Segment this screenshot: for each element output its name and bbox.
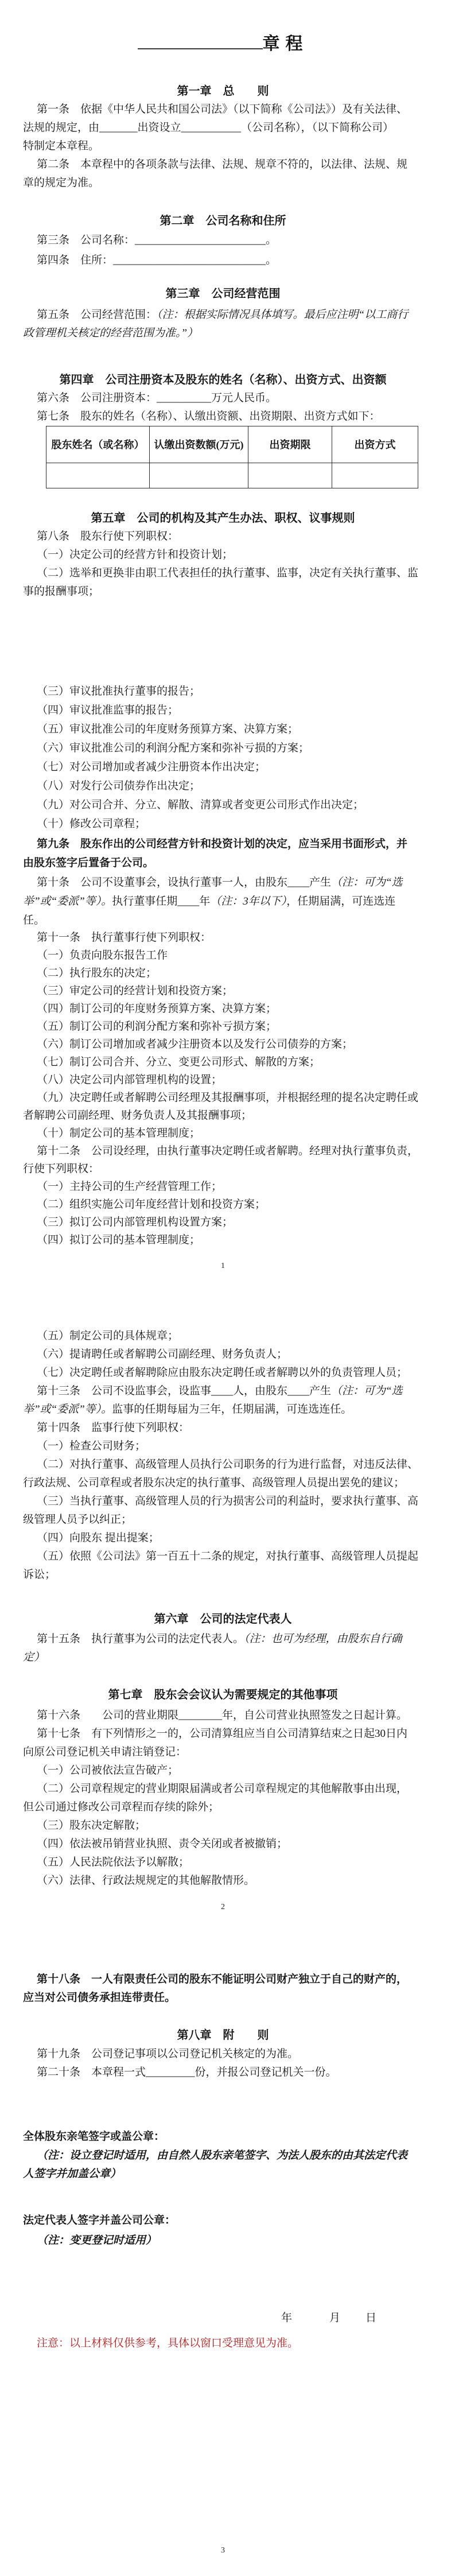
text-line: （三）股东决定解散； bbox=[23, 1817, 423, 1835]
chapter-2-heading: 第二章 公司名称和住所 bbox=[23, 212, 423, 230]
text-line: 第二十条 本章程一式_________份，并报公司登记机关一份。 bbox=[23, 2063, 423, 2082]
article-7: 第七条 股东的姓名（名称）、认缴出资额、出资期限、出资方式如下： bbox=[23, 408, 423, 426]
text-line: （一）决定公司的经营方针和投资计划； bbox=[23, 546, 423, 564]
text-line: （二）对执行董事、高级管理人员执行公司职务的行为进行监督，对违反法律、 bbox=[23, 1456, 423, 1474]
text-line: （二）执行股东的决定； bbox=[23, 964, 423, 982]
text-line: 第七条 股东的姓名（名称）、认缴出资额、出资期限、出资方式如下： bbox=[23, 408, 423, 426]
shareholder-table: 股东姓名（或名称）认缴出资数额(万元)出资期限出资方式 bbox=[46, 426, 418, 488]
text-line: 章的规定为准。 bbox=[23, 174, 423, 192]
text-line: （九）决定聘任或者解聘公司经理及其报酬事项，并根据经理的提名决定聘任或 bbox=[23, 1089, 423, 1107]
page-number-2: 2 bbox=[23, 1898, 423, 1917]
table-cell bbox=[46, 463, 150, 488]
table-header-cell: 股东姓名（或名称） bbox=[46, 426, 150, 463]
note-text: （注：也可为经理，由股东自行确 bbox=[244, 1633, 402, 1645]
page-number-1: 1 bbox=[23, 1257, 423, 1275]
text-line: （五）制订公司的利润分配方案和弥补亏损方案； bbox=[23, 1018, 423, 1035]
body-text: 执行董事任期____年 bbox=[112, 895, 210, 907]
table-row bbox=[46, 463, 418, 488]
body-text: 监事的任期每届为三年，任期届满，可连选连任。 bbox=[112, 1403, 352, 1415]
article-18: 第十八条 一人有限责任公司的股东不能证明公司财产独立于自己的财产的，应当对公司债… bbox=[23, 1970, 423, 2007]
text-line: （三）拟订公司内部管理机构设置方案； bbox=[23, 1213, 423, 1231]
text-line: 者解聘公司副经理、财务负责人及其报酬事项； bbox=[23, 1107, 423, 1124]
article-16-17: 第十六条 公司的营业期限________年，自公司营业执照签发之日起计算。第十七… bbox=[23, 1706, 423, 1890]
note-text: 举”或“委派”等）。 bbox=[23, 895, 112, 907]
text-line: 定） bbox=[23, 1648, 423, 1667]
article-8-part1: 第八条 股东行使下列职权：（一）决定公司的经营方针和投资计划；（二）选举和更换非… bbox=[23, 527, 423, 601]
text-line: （注：变更登记时适用） bbox=[23, 2232, 423, 2250]
text-line: 第二条 本章程中的各项条款与法律、法规、规章不符的，以法律、法规、规 bbox=[23, 156, 423, 174]
table-header-row: 股东姓名（或名称）认缴出资数额(万元)出资期限出资方式 bbox=[46, 426, 418, 463]
text-line: （四）制订公司的年度财务预算方案、决算方案； bbox=[23, 1000, 423, 1018]
text-line: （七）制订公司合并、分立、变更公司形式、解散的方案； bbox=[23, 1053, 423, 1071]
title-text: 章程 bbox=[263, 34, 309, 53]
table-cell bbox=[332, 463, 418, 488]
chapter-4-heading: 第四章 公司注册资本及股东的姓名（名称）、出资方式、出资额 bbox=[23, 371, 423, 389]
article-6: 第六条 公司注册资本：__________万元人民币。 bbox=[23, 389, 423, 408]
text-line: （四）拟订公司的基本管理制度； bbox=[23, 1231, 423, 1249]
chapter-3-heading: 第三章 公司经营范围 bbox=[23, 285, 423, 303]
table-cell bbox=[248, 463, 332, 488]
text-line: 第十八条 一人有限责任公司的股东不能证明公司财产独立于自己的财产的， bbox=[23, 1970, 423, 1989]
text-line: 人签字并加盖公章） bbox=[23, 2165, 423, 2183]
text-line: 第十二条 公司设经理，由执行董事决定聘任或者解聘。经理对执行董事负责， bbox=[23, 1142, 423, 1160]
body-text: 第十五条 执行董事为公司的法定代表人。 bbox=[37, 1633, 244, 1645]
article-9: 第九条 股东作出的公司经营方针和投资计划的决定，应当采用书面形式，并由股东签字后… bbox=[23, 835, 423, 872]
note-text: （注：根据实际情况具体填写。最后应注明“以工商行 bbox=[157, 309, 408, 321]
note-text: 定） bbox=[23, 1651, 45, 1663]
text-line: 第十三条 公司不设监事会，设监事____人，由股东____产生（注：可为“选 bbox=[23, 1382, 423, 1400]
page-number-3: 3 bbox=[23, 2542, 423, 2560]
article-19-20: 第十九条 公司登记事项以公司登记机关核定的为准。第二十条 本章程一式______… bbox=[23, 2045, 423, 2082]
text-line: 第十条 公司不设董事会，设执行董事一人，由股东____产生（注：可为“选 bbox=[23, 873, 423, 892]
text-line: 诉讼； bbox=[23, 1566, 423, 1584]
note-text: 举”或“委派”等）。 bbox=[23, 1403, 112, 1415]
text-line: 注意：以上材料仅供参考，具体以窗口受理意见为准。 bbox=[23, 2334, 423, 2353]
chapter-1-heading: 第一章 总 则 bbox=[23, 82, 423, 100]
article-3: 第三条 公司名称：________________________。 bbox=[23, 230, 423, 250]
text-line: 第十六条 公司的营业期限________年，自公司营业执照签发之日起计算。 bbox=[23, 1706, 423, 1725]
text-line: （七）对公司增加或者减少注册资本作出决定； bbox=[23, 758, 423, 777]
charter-document-page: 章程第一章 总 则第一条 依据《中华人民共和国公司法》（以下简称《公司法》）及有… bbox=[0, 0, 455, 2576]
text-line: （六）法律、行政法规规定的其他解散情形。 bbox=[23, 1872, 423, 1890]
text-line: （二）组织实施公司年度经营计划和投资方案； bbox=[23, 1196, 423, 1213]
title-blank-line bbox=[138, 30, 263, 49]
text-line: （二）公司章程规定的营业期限届满或者公司章程规定的其他解散事由出现， bbox=[23, 1780, 423, 1798]
signature-shareholders-label: 全体股东亲笔签字或盖公章： bbox=[23, 2128, 423, 2146]
article-8-part2: （三）审议批准执行董事的报告；（四）审议批准监事的报告；（五）审议批准公司的年度… bbox=[23, 682, 423, 833]
chapter-7-heading: 第七章 股东会会议认为需要规定的其他事项 bbox=[23, 1686, 423, 1704]
text-line: （四）审议批准监事的报告； bbox=[23, 701, 423, 720]
article-15: 第十五条 执行董事为公司的法定代表人。（注：也可为经理，由股东自行确定） bbox=[23, 1630, 423, 1667]
text-line: （五）人民法院依法予以解散； bbox=[23, 1853, 423, 1872]
chapter-5-heading: 第五章 公司的机构及其产生办法、职权、议事规则 bbox=[23, 509, 423, 527]
text-line: （六）提请聘任或者解聘公司副经理、财务负责人； bbox=[23, 1345, 423, 1364]
text-line: 事的报酬事项； bbox=[23, 583, 423, 601]
text-line: 政管理机关核定的经营范围为准。”） bbox=[23, 324, 423, 343]
article-10: 第十条 公司不设董事会，设执行董事一人，由股东____产生（注：可为“选举”或“… bbox=[23, 873, 423, 930]
text-line: 举”或“委派”等）。执行董事任期____年（注：3年以下），任期届满，可连选连 bbox=[23, 892, 423, 911]
text-line: （一）主持公司的生产经营管理工作； bbox=[23, 1178, 423, 1196]
notice-text: 注意：以上材料仅供参考，具体以窗口受理意见为准。 bbox=[23, 2334, 423, 2353]
article-1: 第一条 依据《中华人民共和国公司法》（以下简称《公司法》）及有关法律、法规的规定… bbox=[23, 100, 423, 156]
text-line: （四）依法被吊销营业执照、责令关闭或者被撤销； bbox=[23, 1835, 423, 1853]
text-line: 法定代表人签字并盖公司公章： bbox=[23, 2212, 423, 2230]
text-line: 第一条 依据《中华人民共和国公司法》（以下简称《公司法》）及有关法律、 bbox=[23, 100, 423, 119]
text-line: （五）审议批准公司的年度财务预算方案、决算方案； bbox=[23, 720, 423, 739]
table-cell bbox=[150, 463, 248, 488]
text-line: 举”或“委派”等）。监事的任期每届为三年，任期届满，可连选连任。 bbox=[23, 1400, 423, 1419]
body-text: 第五条 公司经营范围： bbox=[37, 309, 157, 321]
text-line: 第八条 股东行使下列职权： bbox=[23, 527, 423, 546]
text-line: 第五条 公司经营范围：（注：根据实际情况具体填写。最后应注明“以工商行 bbox=[23, 306, 423, 324]
text-line: 第九条 股东作出的公司经营方针和投资计划的决定，应当采用书面形式，并 bbox=[23, 835, 423, 854]
text-line: 应当对公司债务承担连带责任。 bbox=[23, 1989, 423, 2007]
text-line: （六）审议批准公司的利润分配方案和弥补亏损的方案； bbox=[23, 739, 423, 758]
text-line: （五）制定公司的具体规章； bbox=[23, 1327, 423, 1345]
note-text: （注：3年以下） bbox=[210, 895, 286, 907]
note-text: 政管理机关核定的经营范围为准。”） bbox=[23, 327, 198, 339]
note-text: （注：可为“选 bbox=[331, 1385, 403, 1397]
text-line: 任。 bbox=[23, 911, 423, 930]
table-header-cell: 出资方式 bbox=[332, 426, 418, 463]
text-line: （三）审议批准执行董事的报告； bbox=[23, 682, 423, 701]
note-text: （注：可为“选 bbox=[331, 876, 403, 889]
table-header-cell: 出资期限 bbox=[248, 426, 332, 463]
chapter-6-heading: 第六章 公司的法定代表人 bbox=[23, 1610, 423, 1628]
article-4: 第四条 住所：____________________________。 bbox=[23, 250, 423, 270]
text-line: （一）负责向股东报告工作 bbox=[23, 946, 423, 964]
text-line: 行政法规、公司章程或者股东决定的执行董事、高级管理人员提出罢免的建议； bbox=[23, 1474, 423, 1492]
text-line: 由股东签字后置备于公司。 bbox=[23, 854, 423, 872]
text-line: （三）审定公司的经营计划和投资方案； bbox=[23, 982, 423, 1000]
article-11-12: 第十一条 执行董事行使下列职权：（一）负责向股东报告工作（二）执行股东的决定；（… bbox=[23, 929, 423, 1249]
text-line: （一）检查公司财务； bbox=[23, 1437, 423, 1456]
text-line: （八）决定公司内部管理机构的设置； bbox=[23, 1071, 423, 1089]
text-line: （三）当执行董事、高级管理人员的行为损害公司的利益时，要求执行董事、高 bbox=[23, 1492, 423, 1511]
text-line: 全体股东亲笔签字或盖公章： bbox=[23, 2128, 423, 2146]
text-line: 但公司通过修改公司章程而存续的除外； bbox=[23, 1798, 423, 1817]
text-line: （四）向股东 提出提案； bbox=[23, 1529, 423, 1547]
text-line: （七）决定聘任或者解聘除应由股东决定聘任或者解聘以外的负责管理人员； bbox=[23, 1364, 423, 1382]
chapter-8-heading: 第八章 附 则 bbox=[23, 2026, 423, 2044]
article-2: 第二条 本章程中的各项条款与法律、法规、规章不符的，以法律、法规、规章的规定为准… bbox=[23, 156, 423, 192]
text-line: 法规的规定，由_______出资设立___________（公司名称），（以下简… bbox=[23, 119, 423, 137]
signature-note-change: （注：变更登记时适用） bbox=[23, 2232, 423, 2250]
text-line: （十）修改公司章程； bbox=[23, 814, 423, 833]
article-5: 第五条 公司经营范围：（注：根据实际情况具体填写。最后应注明“以工商行政管理机关… bbox=[23, 306, 423, 343]
text-line: 第十五条 执行董事为公司的法定代表人。（注：也可为经理，由股东自行确 bbox=[23, 1630, 423, 1648]
text-line: 第十四条 监事行使下列职权： bbox=[23, 1419, 423, 1437]
body-text: ，任期届满，可连选连 bbox=[286, 895, 395, 907]
text-line: （注：设立登记时适用，由自然人股东亲笔签字、为法人股东的由其法定代表 bbox=[23, 2147, 423, 2165]
document-title: 章程 bbox=[23, 30, 423, 59]
date-line: 年 月 日 bbox=[281, 2309, 423, 2327]
text-line: 第十一条 执行董事行使下列职权： bbox=[23, 929, 423, 946]
text-line: 向原公司登记机关申请注销登记： bbox=[23, 1743, 423, 1762]
text-line: （二）选举和更换非由职工代表担任的执行董事、监事，决定有关执行董事、监 bbox=[23, 564, 423, 583]
text-line: 行使下列职权： bbox=[23, 1160, 423, 1178]
text-line: （一）公司被依法宣告破产； bbox=[23, 1762, 423, 1780]
text-line: （五）依照《公司法》第一百五十二条的规定，对执行董事、高级管理人员提起 bbox=[23, 1547, 423, 1566]
text-line: （十）制定公司的基本管理制度； bbox=[23, 1124, 423, 1142]
table-header-cell: 认缴出资数额(万元) bbox=[150, 426, 248, 463]
text-line: 第六条 公司注册资本：__________万元人民币。 bbox=[23, 389, 423, 408]
body-text: 第十三条 公司不设监事会，设监事____人，由股东____产生 bbox=[37, 1385, 331, 1397]
text-line: （六）制订公司增加或者减少注册资本以及发行公司债券的方案； bbox=[23, 1035, 423, 1053]
text-line: （八）对发行公司债券作出决定； bbox=[23, 777, 423, 796]
text-line: 级管理人员予以纠正； bbox=[23, 1511, 423, 1529]
article-12-13-14: （五）制定公司的具体规章；（六）提请聘任或者解聘公司副经理、财务负责人；（七）决… bbox=[23, 1327, 423, 1584]
text-line: （九）对公司合并、分立、解散、清算或者变更公司形式作出决定； bbox=[23, 796, 423, 814]
text-line: 第四条 住所：____________________________。 bbox=[23, 250, 423, 270]
text-line: 第十七条 有下列情形之一的，公司清算组应当自公司清算结束之日起30日内 bbox=[23, 1725, 423, 1743]
text-line: 第三条 公司名称：________________________。 bbox=[23, 230, 423, 250]
signature-legal-rep-label: 法定代表人签字并盖公司公章： bbox=[23, 2212, 423, 2230]
body-text: 第十条 公司不设董事会，设执行董事一人，由股东____产生 bbox=[37, 876, 331, 889]
text-line: 第十九条 公司登记事项以公司登记机关核定的为准。 bbox=[23, 2045, 423, 2063]
signature-note-establishment: （注：设立登记时适用，由自然人股东亲笔签字、为法人股东的由其法定代表人签字并加盖… bbox=[23, 2147, 423, 2183]
text-line: 特制定本章程。 bbox=[23, 137, 423, 156]
